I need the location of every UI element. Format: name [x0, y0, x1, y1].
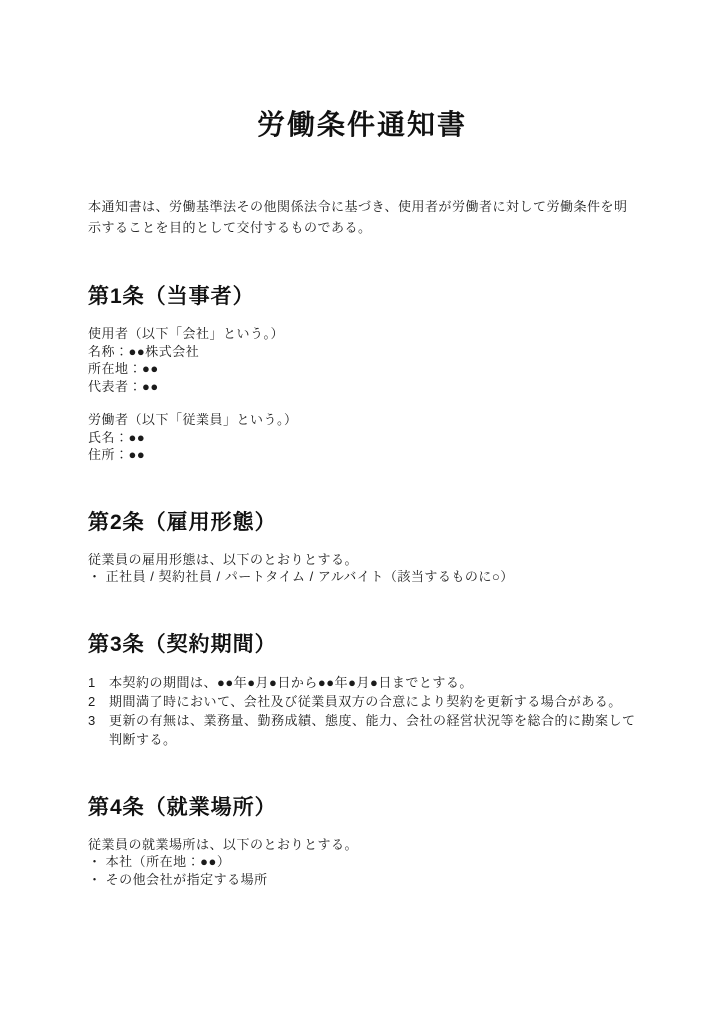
article-4-work-location: 第4条（就業場所） 従業員の就業場所は、以下のとおりとする。 ・ 本社（所在地：…	[88, 795, 636, 889]
employment-type-options: ・ 正社員 / 契約社員 / パートタイム / アルバイト（該当するものに○）	[88, 568, 636, 586]
work-location-bullet-other: ・ その他会社が指定する場所	[88, 871, 636, 889]
employee-block: 労働者（以下「従業員」という。） 氏名：●● 住所：●●	[88, 411, 636, 464]
employee-lead: 労働者（以下「従業員」という。）	[88, 411, 636, 429]
employee-name: 氏名：●●	[88, 429, 636, 447]
list-item-text: 期間満了時において、会社及び従業員双方の合意により契約を更新する場合がある。	[109, 692, 636, 711]
article-2-employment-type: 第2条（雇用形態） 従業員の雇用形態は、以下のとおりとする。 ・ 正社員 / 契…	[88, 510, 636, 586]
employment-type-lead: 従業員の雇用形態は、以下のとおりとする。	[88, 551, 636, 569]
list-item: 1 本契約の期間は、●●年●月●日から●●年●月●日までとする。	[88, 673, 636, 692]
intro-paragraph: 本通知書は、労働基準法その他関係法令に基づき、使用者が労働者に対して労働条件を明…	[88, 196, 636, 238]
work-location-lead: 従業員の就業場所は、以下のとおりとする。	[88, 836, 636, 854]
employer-address: 所在地：●●	[88, 360, 636, 378]
list-item-text: 本契約の期間は、●●年●月●日から●●年●月●日までとする。	[109, 673, 636, 692]
list-item-number: 3	[88, 711, 109, 749]
article-2-heading: 第2条（雇用形態）	[88, 510, 636, 535]
employee-address: 住所：●●	[88, 446, 636, 464]
employer-lead: 使用者（以下「会社」という。）	[88, 325, 636, 343]
article-3-heading: 第3条（契約期間）	[88, 632, 636, 657]
article-4-heading: 第4条（就業場所）	[88, 795, 636, 820]
article-1-parties: 第1条（当事者） 使用者（以下「会社」という。） 名称：●●株式会社 所在地：●…	[88, 284, 636, 464]
list-item-number: 1	[88, 673, 109, 692]
contract-period-list: 1 本契約の期間は、●●年●月●日から●●年●月●日までとする。 2 期間満了時…	[88, 673, 636, 749]
list-item-text: 更新の有無は、業務量、勤務成績、態度、能力、会社の経営状況等を総合的に勘案して判…	[109, 711, 636, 749]
list-item-number: 2	[88, 692, 109, 711]
work-location-bullet-head-office: ・ 本社（所在地：●●）	[88, 853, 636, 871]
list-item: 2 期間満了時において、会社及び従業員双方の合意により契約を更新する場合がある。	[88, 692, 636, 711]
work-location-block: 従業員の就業場所は、以下のとおりとする。 ・ 本社（所在地：●●） ・ その他会…	[88, 836, 636, 889]
document-page: 労働条件通知書 本通知書は、労働基準法その他関係法令に基づき、使用者が労働者に対…	[0, 0, 724, 1024]
article-3-contract-period: 第3条（契約期間） 1 本契約の期間は、●●年●月●日から●●年●月●日までとす…	[88, 632, 636, 749]
employment-type-block: 従業員の雇用形態は、以下のとおりとする。 ・ 正社員 / 契約社員 / パートタ…	[88, 551, 636, 586]
employer-name: 名称：●●株式会社	[88, 343, 636, 361]
article-1-heading: 第1条（当事者）	[88, 284, 636, 309]
employer-representative: 代表者：●●	[88, 378, 636, 396]
document-title: 労働条件通知書	[88, 108, 636, 142]
employer-block: 使用者（以下「会社」という。） 名称：●●株式会社 所在地：●● 代表者：●●	[88, 325, 636, 395]
list-item: 3 更新の有無は、業務量、勤務成績、態度、能力、会社の経営状況等を総合的に勘案し…	[88, 711, 636, 749]
